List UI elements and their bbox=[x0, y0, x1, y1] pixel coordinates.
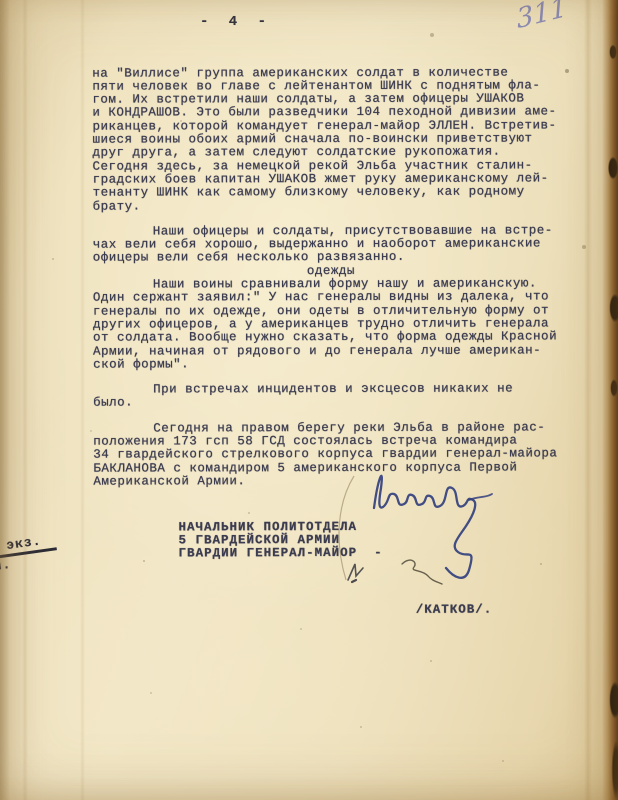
paragraphs-container: на "Виллисе" группа американских солдат … bbox=[92, 66, 575, 489]
page-left-edge-shadow bbox=[0, 0, 10, 800]
text-line: тенанту ШИНК как самому близкому человек… bbox=[93, 186, 575, 201]
text-line: При встречах инцидентов и эксцесов никак… bbox=[153, 382, 575, 396]
paragraph: одеждыНаши воины сравнивали форму нашу и… bbox=[93, 264, 575, 372]
text-line: было. bbox=[93, 396, 575, 411]
ink-mark bbox=[344, 560, 368, 586]
text-line: Армии, начиная от рядового и до генерала… bbox=[93, 344, 575, 359]
paper-crease bbox=[80, 0, 85, 800]
ink-mark bbox=[398, 554, 446, 588]
page-number: - 4 - bbox=[0, 14, 472, 30]
handwritten-archive-number: 311 bbox=[515, 0, 568, 35]
paper-crease bbox=[584, 0, 592, 800]
paragraph: на "Виллисе" группа американских солдат … bbox=[92, 66, 574, 214]
text-line: брату. bbox=[93, 199, 575, 214]
text-line: ской формы". bbox=[93, 357, 575, 372]
scanned-document-page: - 4 - 311 на "Виллисе" группа американск… bbox=[0, 0, 618, 800]
margin-copies-note: 2 экз. л. bbox=[0, 531, 59, 574]
typed-signature-name: /КАТКОВ/. bbox=[416, 604, 576, 618]
paragraph: При встречах инцидентов и эксцесов никак… bbox=[93, 382, 575, 410]
paragraph: Наши офицеры и солдаты, присутствовавшие… bbox=[93, 224, 575, 265]
binding-dark-spots bbox=[604, 0, 618, 800]
paper-specks bbox=[0, 0, 2, 2]
paper-crease bbox=[22, 0, 28, 800]
